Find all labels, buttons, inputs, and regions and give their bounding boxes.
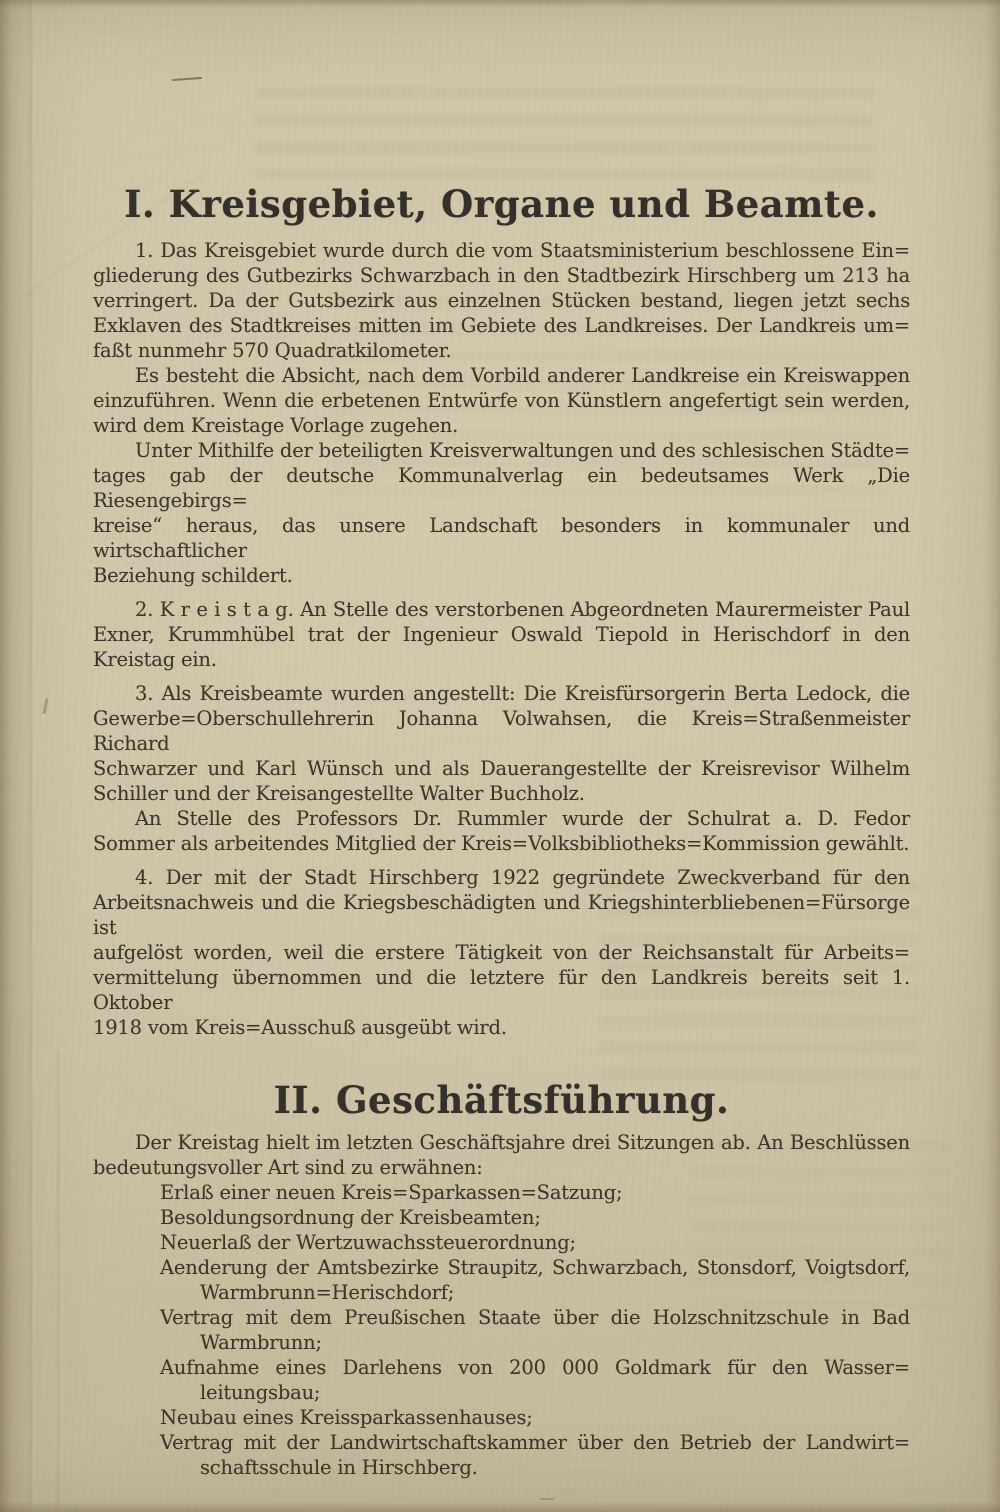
text-line: Unter Mithilfe der beteiligten Kreisverw… — [93, 438, 910, 463]
text-line: vermittelung übernommen und die letztere… — [93, 965, 910, 1015]
section-1-heading: I. Kreisgebiet, Organe und Beamte. — [93, 180, 910, 228]
list-item-wertzuwachssteuer: Neuerlaß der Wertzuwachssteuerordnung; — [93, 1230, 910, 1255]
text-line: Besoldungsordnung der Kreisbeamten; — [160, 1205, 910, 1230]
text-line: Gewerbe=Oberschullehrerin Johanna Volwah… — [93, 706, 910, 756]
text-line: Erlaß einer neuen Kreis=Sparkassen=Satzu… — [160, 1180, 910, 1205]
para-kommunalverlag: Unter Mithilfe der beteiligten Kreisverw… — [93, 438, 910, 588]
para-kreiswappen: Es besteht die Absicht, nach dem Vorbild… — [93, 363, 910, 438]
vertical-crease-bottom-left — [56, 1050, 63, 1512]
text-line: gliederung des Gutbezirks Schwarzbach in… — [93, 263, 910, 288]
text-line: Warmbrunn; — [200, 1330, 910, 1355]
text-line: Neubau eines Kreissparkassenhauses; — [160, 1405, 910, 1430]
text-line: 3. Als Kreisbeamte wurden angestellt: Di… — [93, 681, 910, 706]
list-item-holzschnitzschule: Vertrag mit dem Preußischen Staate über … — [93, 1305, 910, 1355]
text-line: 2. K r e i s t a g. An Stelle des versto… — [93, 597, 910, 622]
paper-speck — [540, 1498, 554, 1500]
text-line: Schwarzer und Karl Wünsch und als Dauera… — [93, 756, 910, 781]
page-content: I. Kreisgebiet, Organe und Beamte. 1. Da… — [93, 180, 910, 1480]
text-line: Arbeitsnachweis und die Kriegsbeschädigt… — [93, 890, 910, 940]
list-item-besoldungsordnung: Besoldungsordnung der Kreisbeamten; — [93, 1205, 910, 1230]
list-item-landwirtschaftsschule: Vertrag mit der Landwirtschaftskammer üb… — [93, 1430, 910, 1480]
para-kreisbeamte: 3. Als Kreisbeamte wurden angestellt: Di… — [93, 681, 910, 806]
section-2-heading: II. Geschäftsführung. — [93, 1076, 910, 1124]
list-item-darlehen-wasserleitungsbau: Aufnahme eines Darlehens von 200 000 Gol… — [93, 1355, 910, 1405]
bleed-through-ghost-text — [255, 88, 875, 180]
text-line: Aufnahme eines Darlehens von 200 000 Gol… — [160, 1355, 910, 1380]
text-line: leitungsbau; — [200, 1380, 910, 1405]
text-line: An Stelle des Professors Dr. Rummler wur… — [93, 806, 910, 831]
list-item-kreissparkassenhaus: Neubau eines Kreissparkassenhauses; — [93, 1405, 910, 1430]
text-line: tages gab der deutsche Kommunalverlag ei… — [93, 463, 910, 513]
para-sitzungen: Der Kreistag hielt im letzten Geschäftsj… — [93, 1130, 910, 1180]
text-line: schaftsschule in Hirschberg. — [200, 1455, 910, 1480]
para-volksbibliothek: An Stelle des Professors Dr. Rummler wur… — [93, 806, 910, 856]
para-kreistag: 2. K r e i s t a g. An Stelle des versto… — [93, 597, 910, 672]
paper-speck — [43, 698, 49, 714]
text-line: Exklaven des Stadtkreises mitten im Gebi… — [93, 313, 910, 338]
para-zweckverband: 4. Der mit der Stadt Hirschberg 1922 geg… — [93, 865, 910, 1040]
text-line: Neuerlaß der Wertzuwachssteuerordnung; — [160, 1230, 910, 1255]
vertical-crease-left — [28, 0, 36, 1512]
text-line: Schiller und der Kreisangestellte Walter… — [93, 781, 910, 806]
text-line: Aenderung der Amtsbezirke Straupitz, Sch… — [160, 1255, 910, 1280]
text-line: Exner, Krummhübel trat der Ingenieur Osw… — [93, 622, 910, 647]
text-line: Sommer als arbeitendes Mitglied der Krei… — [93, 831, 910, 856]
text-line: Der Kreistag hielt im letzten Geschäftsj… — [93, 1130, 910, 1155]
list-item-sparkassen-satzung: Erlaß einer neuen Kreis=Sparkassen=Satzu… — [93, 1180, 910, 1205]
text-line: kreise“ heraus, das unsere Landschaft be… — [93, 513, 910, 563]
paper-speck — [172, 77, 202, 81]
text-line: Kreistag ein. — [93, 647, 910, 672]
text-line: bedeutungsvoller Art sind zu erwähnen: — [93, 1155, 910, 1180]
text-line: 1. Das Kreisgebiet wurde durch die vom S… — [93, 238, 910, 263]
text-line: aufgelöst worden, weil die erstere Tätig… — [93, 940, 910, 965]
scanned-document-page: I. Kreisgebiet, Organe und Beamte. 1. Da… — [0, 0, 1000, 1512]
list-item-amtsbezirke: Aenderung der Amtsbezirke Straupitz, Sch… — [93, 1255, 910, 1305]
text-line: 1918 vom Kreis=Ausschuß ausgeübt wird. — [93, 1015, 910, 1040]
text-line: Warmbrunn=Herischdorf; — [200, 1280, 910, 1305]
text-line: Beziehung schildert. — [93, 563, 910, 588]
text-line: einzuführen. Wenn die erbetenen Entwürfe… — [93, 388, 910, 413]
text-line: Vertrag mit dem Preußischen Staate über … — [160, 1305, 910, 1330]
text-line: wird dem Kreistage Vorlage zugehen. — [93, 413, 910, 438]
text-line: Vertrag mit der Landwirtschaftskammer üb… — [160, 1430, 910, 1455]
text-line: faßt nunmehr 570 Quadratkilometer. — [93, 338, 910, 363]
text-line: Es besteht die Absicht, nach dem Vorbild… — [93, 363, 910, 388]
para-kreisgebiet: 1. Das Kreisgebiet wurde durch die vom S… — [93, 238, 910, 363]
text-line: 4. Der mit der Stadt Hirschberg 1922 geg… — [93, 865, 910, 890]
text-line: verringert. Da der Gutsbezirk aus einzel… — [93, 288, 910, 313]
